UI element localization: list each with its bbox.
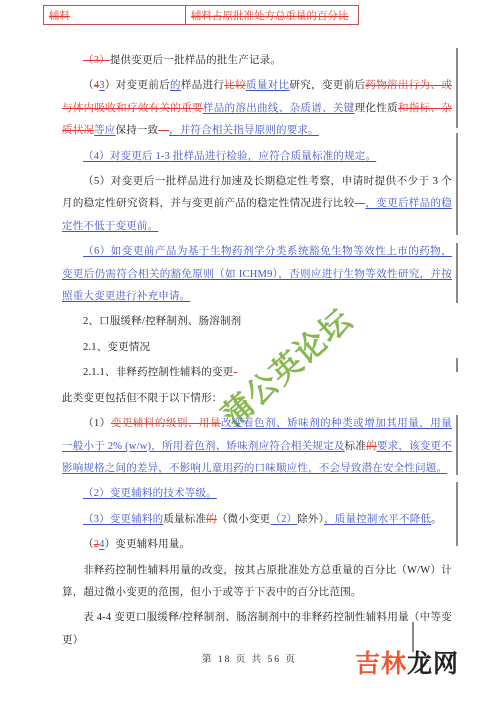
- site-logo-part2: 龙网: [407, 650, 459, 678]
- inserted-text: （4）对变更后 1-3 批样品进行检验，应符合质量标准的规定。: [83, 151, 376, 162]
- deleted-text: -: [233, 367, 237, 378]
- change-bar: [456, 243, 458, 303]
- para-bcs-waiver: （6）如变更前产品为基于生物药剂学分类系统豁免生物等效性上市的药物，变更后仍需符…: [62, 241, 452, 308]
- text-run: 此类变更包括但不限于以下情形：: [62, 393, 223, 404]
- doc-body: （3）提供变更后一批样品的批生产记录。（43）对变更前后的样品进行比较质量对比研…: [62, 50, 452, 655]
- excipient-table: 辅料 辅料占原批准处方总重量的百分比: [43, 5, 359, 25]
- para-percentage-explanation: 非释药控制性辅料用量的改变，按其占原批准处方总重量的百分比（W/W）计算，超过微…: [62, 560, 452, 605]
- para-item-2-technical-grade: （2）变更辅料的技术等级。: [62, 483, 452, 505]
- para-item-4-excipient-amount: （24）变更辅料用量。: [62, 534, 452, 556]
- text-run: 提供变更后一批样品的批生产记录。: [110, 55, 281, 66]
- inserted-text: 质量对比: [246, 80, 289, 91]
- heading-section-2-1-1: 2.1.1、非释药控制性辅料的变更-: [62, 362, 452, 384]
- inserted-text: ，并符合相关指导原则的要求。: [169, 125, 319, 136]
- deleted-text: —: [158, 125, 169, 136]
- para-item-3-quality-standard: （3）变更辅料的质量标准的（微小变更（2）除外），质量控制水平不降低。: [62, 509, 452, 531]
- change-bar: [456, 133, 458, 235]
- text-run: ）对变更前后: [105, 80, 170, 91]
- table-row: 辅料 辅料占原批准处方总重量的百分比: [44, 6, 359, 25]
- inserted-text: （2）变更辅料的技术等级。: [83, 488, 217, 499]
- inserted-text: 等应: [94, 125, 115, 136]
- deleted-text: 的: [366, 441, 377, 452]
- text-run: 表 4-4 变更口服缓释/控释制剂、肠溶制剂中的非释药控制性辅料用量（中等变更）: [62, 612, 452, 645]
- site-logo: 吉林龙网: [355, 644, 459, 680]
- change-bar: [456, 48, 458, 128]
- document-page: 蒲公英论坛 （3）提供变更后一批样品的批生产记录。（43）对变更前后的样品进行比…: [0, 0, 499, 706]
- deleted-text: （3）: [83, 55, 110, 66]
- deleted-text: 的: [206, 514, 217, 525]
- deleted-text: 变更辅料的级别、用量: [111, 418, 221, 429]
- text-run: 标准: [345, 441, 367, 452]
- deleted-text: 比较: [224, 80, 246, 91]
- para-quality-comparison: （43）对变更前后的样品进行比较质量对比研究，变更前后药物溶出行为、或与体内吸收…: [62, 75, 452, 142]
- inserted-text: ，质量控制水平不降低: [324, 514, 431, 525]
- text-run: 质量标准: [163, 514, 206, 525]
- text-run: ）变更辅料用量。: [105, 539, 191, 550]
- text-run: 。: [431, 514, 442, 525]
- inserted-text: 样品的溶出曲线、杂质谱、关键: [203, 103, 355, 114]
- para-change-scope-intro: 此类变更包括但不限于以下情形：: [62, 388, 452, 410]
- para-item-1-colorant-flavor: （1）变更辅料的级别、用量改变着色剂、矫味剂的种类或增加其用量，用量一般小于 2…: [62, 413, 452, 480]
- text-run: 样品进行: [181, 80, 224, 91]
- text-run: 2.1、变更情况: [83, 342, 150, 353]
- text-run: 非释药控制性辅料用量的改变，按其占原批准处方总重量的百分比（W/W）计算，超过微…: [62, 565, 452, 598]
- inserted-text: （2）: [270, 514, 297, 525]
- text-run: （: [83, 539, 94, 550]
- deleted-text: —: [355, 198, 366, 209]
- change-bar: [456, 482, 458, 546]
- text-run: 保持一致: [116, 125, 159, 136]
- text-run: 2.1.1、非释药控制性辅料的变更: [83, 367, 233, 378]
- text-run: （: [83, 80, 94, 91]
- para-deleted-batch-record: （3）提供变更后一批样品的批生产记录。: [62, 50, 452, 72]
- para-stability-study: （5）对变更后一批样品进行加速及长期稳定性考察，申请时提供不少于 3 个月的稳定…: [62, 171, 452, 238]
- heading-section-2-1: 2.1、变更情况: [62, 337, 452, 359]
- text-run: 理化性质: [355, 103, 398, 114]
- table-cell-excipient: 辅料: [44, 6, 186, 25]
- text-run: 研究，变更前后: [289, 80, 365, 91]
- text-run: （微小变更: [217, 514, 271, 525]
- inserted-text: 的: [170, 80, 181, 91]
- site-logo-part1: 吉林: [355, 650, 407, 678]
- table-cell-percentage: 辅料占原批准处方总重量的百分比: [186, 6, 359, 25]
- change-bar: [456, 415, 458, 475]
- text-run: 2、口服缓释/控释制剂、肠溶制剂: [83, 316, 241, 327]
- heading-section-2: 2、口服缓释/控释制剂、肠溶制剂: [62, 311, 452, 333]
- para-inspection-batches: （4）对变更后 1-3 批样品进行检验，应符合质量标准的规定。: [62, 146, 452, 168]
- text-run: 除外）: [297, 514, 324, 525]
- change-bar: [456, 358, 458, 372]
- inserted-text: （3）变更辅料的: [83, 514, 163, 525]
- text-run: （1）: [83, 418, 111, 429]
- inserted-text: （6）如变更前产品为基于生物药剂学分类系统豁免生物等效性上市的药物，变更后仍需符…: [62, 246, 452, 302]
